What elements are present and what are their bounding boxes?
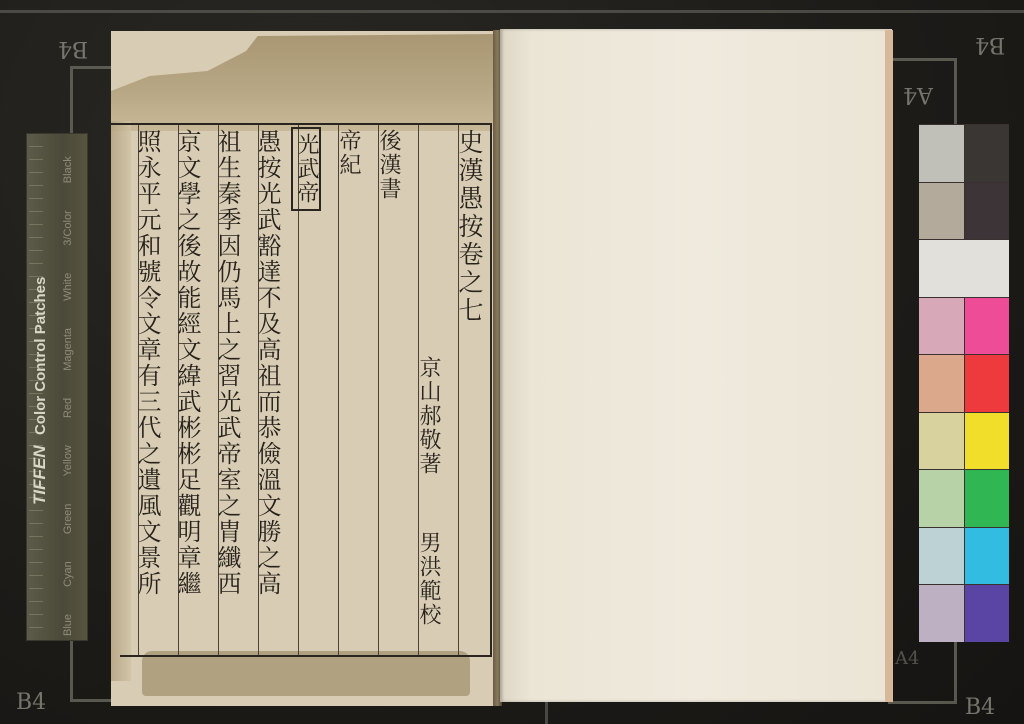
ruler-color-name: Yellow <box>62 445 74 476</box>
color-patch <box>919 124 964 182</box>
editor-credit: 男洪範校 <box>417 531 439 627</box>
ruler-color-name: 3/Color <box>62 210 74 245</box>
guide-line-center <box>545 700 548 724</box>
right-page-edge <box>885 30 893 702</box>
column-rule <box>338 125 339 655</box>
book-name: 後漢書 <box>377 129 399 201</box>
color-patch <box>919 182 964 240</box>
color-patch <box>919 412 964 470</box>
color-patch <box>964 182 1009 240</box>
color-patch <box>964 469 1009 527</box>
left-page: 史漢愚按卷之七 京山郝敬著 男洪範校 後漢書 帝紀 光武帝 愚按光武豁達不及高祖… <box>111 31 497 706</box>
body-column: 京文學之後故能經文緯武彬彬足觀明章繼 <box>175 129 199 597</box>
color-patch <box>919 354 964 412</box>
color-reference-chart <box>919 124 1009 642</box>
ruler-color-name: Cyan <box>62 561 74 587</box>
ruler-brand: TIFFEN <box>30 446 49 506</box>
column-rule <box>378 125 379 655</box>
color-patch <box>919 469 964 527</box>
board-label-top-left: B4 <box>58 36 88 61</box>
color-patch <box>919 297 964 355</box>
author-credit: 京山郝敬著 <box>417 356 439 476</box>
color-patch <box>919 239 1009 297</box>
ruler-color-name: Blue <box>62 614 74 636</box>
body-column: 愚按光武豁達不及高祖而恭儉溫文勝之高 <box>255 129 279 597</box>
ruler-title: Color Control Patches <box>32 277 49 435</box>
board-label-inner-top-right: A4 <box>903 82 933 107</box>
right-page-blank <box>500 29 892 702</box>
water-stain-top <box>111 31 497 131</box>
color-patch <box>964 297 1009 355</box>
chapter-name: 帝紀 <box>337 129 359 177</box>
section-heading: 光武帝 <box>291 127 321 211</box>
ruler-label: TIFFEN Color Control Patches <box>30 277 50 505</box>
body-column: 祖生秦季因仍馬上之習光武帝室之胄纖西 <box>215 129 239 597</box>
color-patch <box>964 527 1009 585</box>
color-patch <box>964 354 1009 412</box>
ruler-color-names: Blue Cyan Green Yellow Red Magenta White… <box>62 132 74 636</box>
color-patch <box>964 584 1009 642</box>
board-label-inner-bottom-right: A4 <box>895 648 919 669</box>
board-label-top-right: B4 <box>975 32 1005 57</box>
body-column: 照永平元和號令文章有三代之遺風文景所 <box>135 129 159 597</box>
ruler-color-name: Red <box>62 398 74 418</box>
ruler-color-name: Black <box>62 156 74 183</box>
volume-title: 史漢愚按卷之七 <box>457 129 482 325</box>
guide-line-top <box>0 10 1024 13</box>
ruler-color-name: Magenta <box>62 328 74 371</box>
ruler-color-name: White <box>62 273 74 301</box>
board-label-bottom-right: B4 <box>965 695 995 720</box>
color-patch <box>919 527 964 585</box>
color-patch <box>919 584 964 642</box>
ruler-color-name: Green <box>62 504 74 535</box>
board-label-bottom-left: B4 <box>16 690 46 715</box>
color-patch <box>964 412 1009 470</box>
color-patch <box>964 124 1009 182</box>
water-stain-bottom <box>142 651 470 696</box>
